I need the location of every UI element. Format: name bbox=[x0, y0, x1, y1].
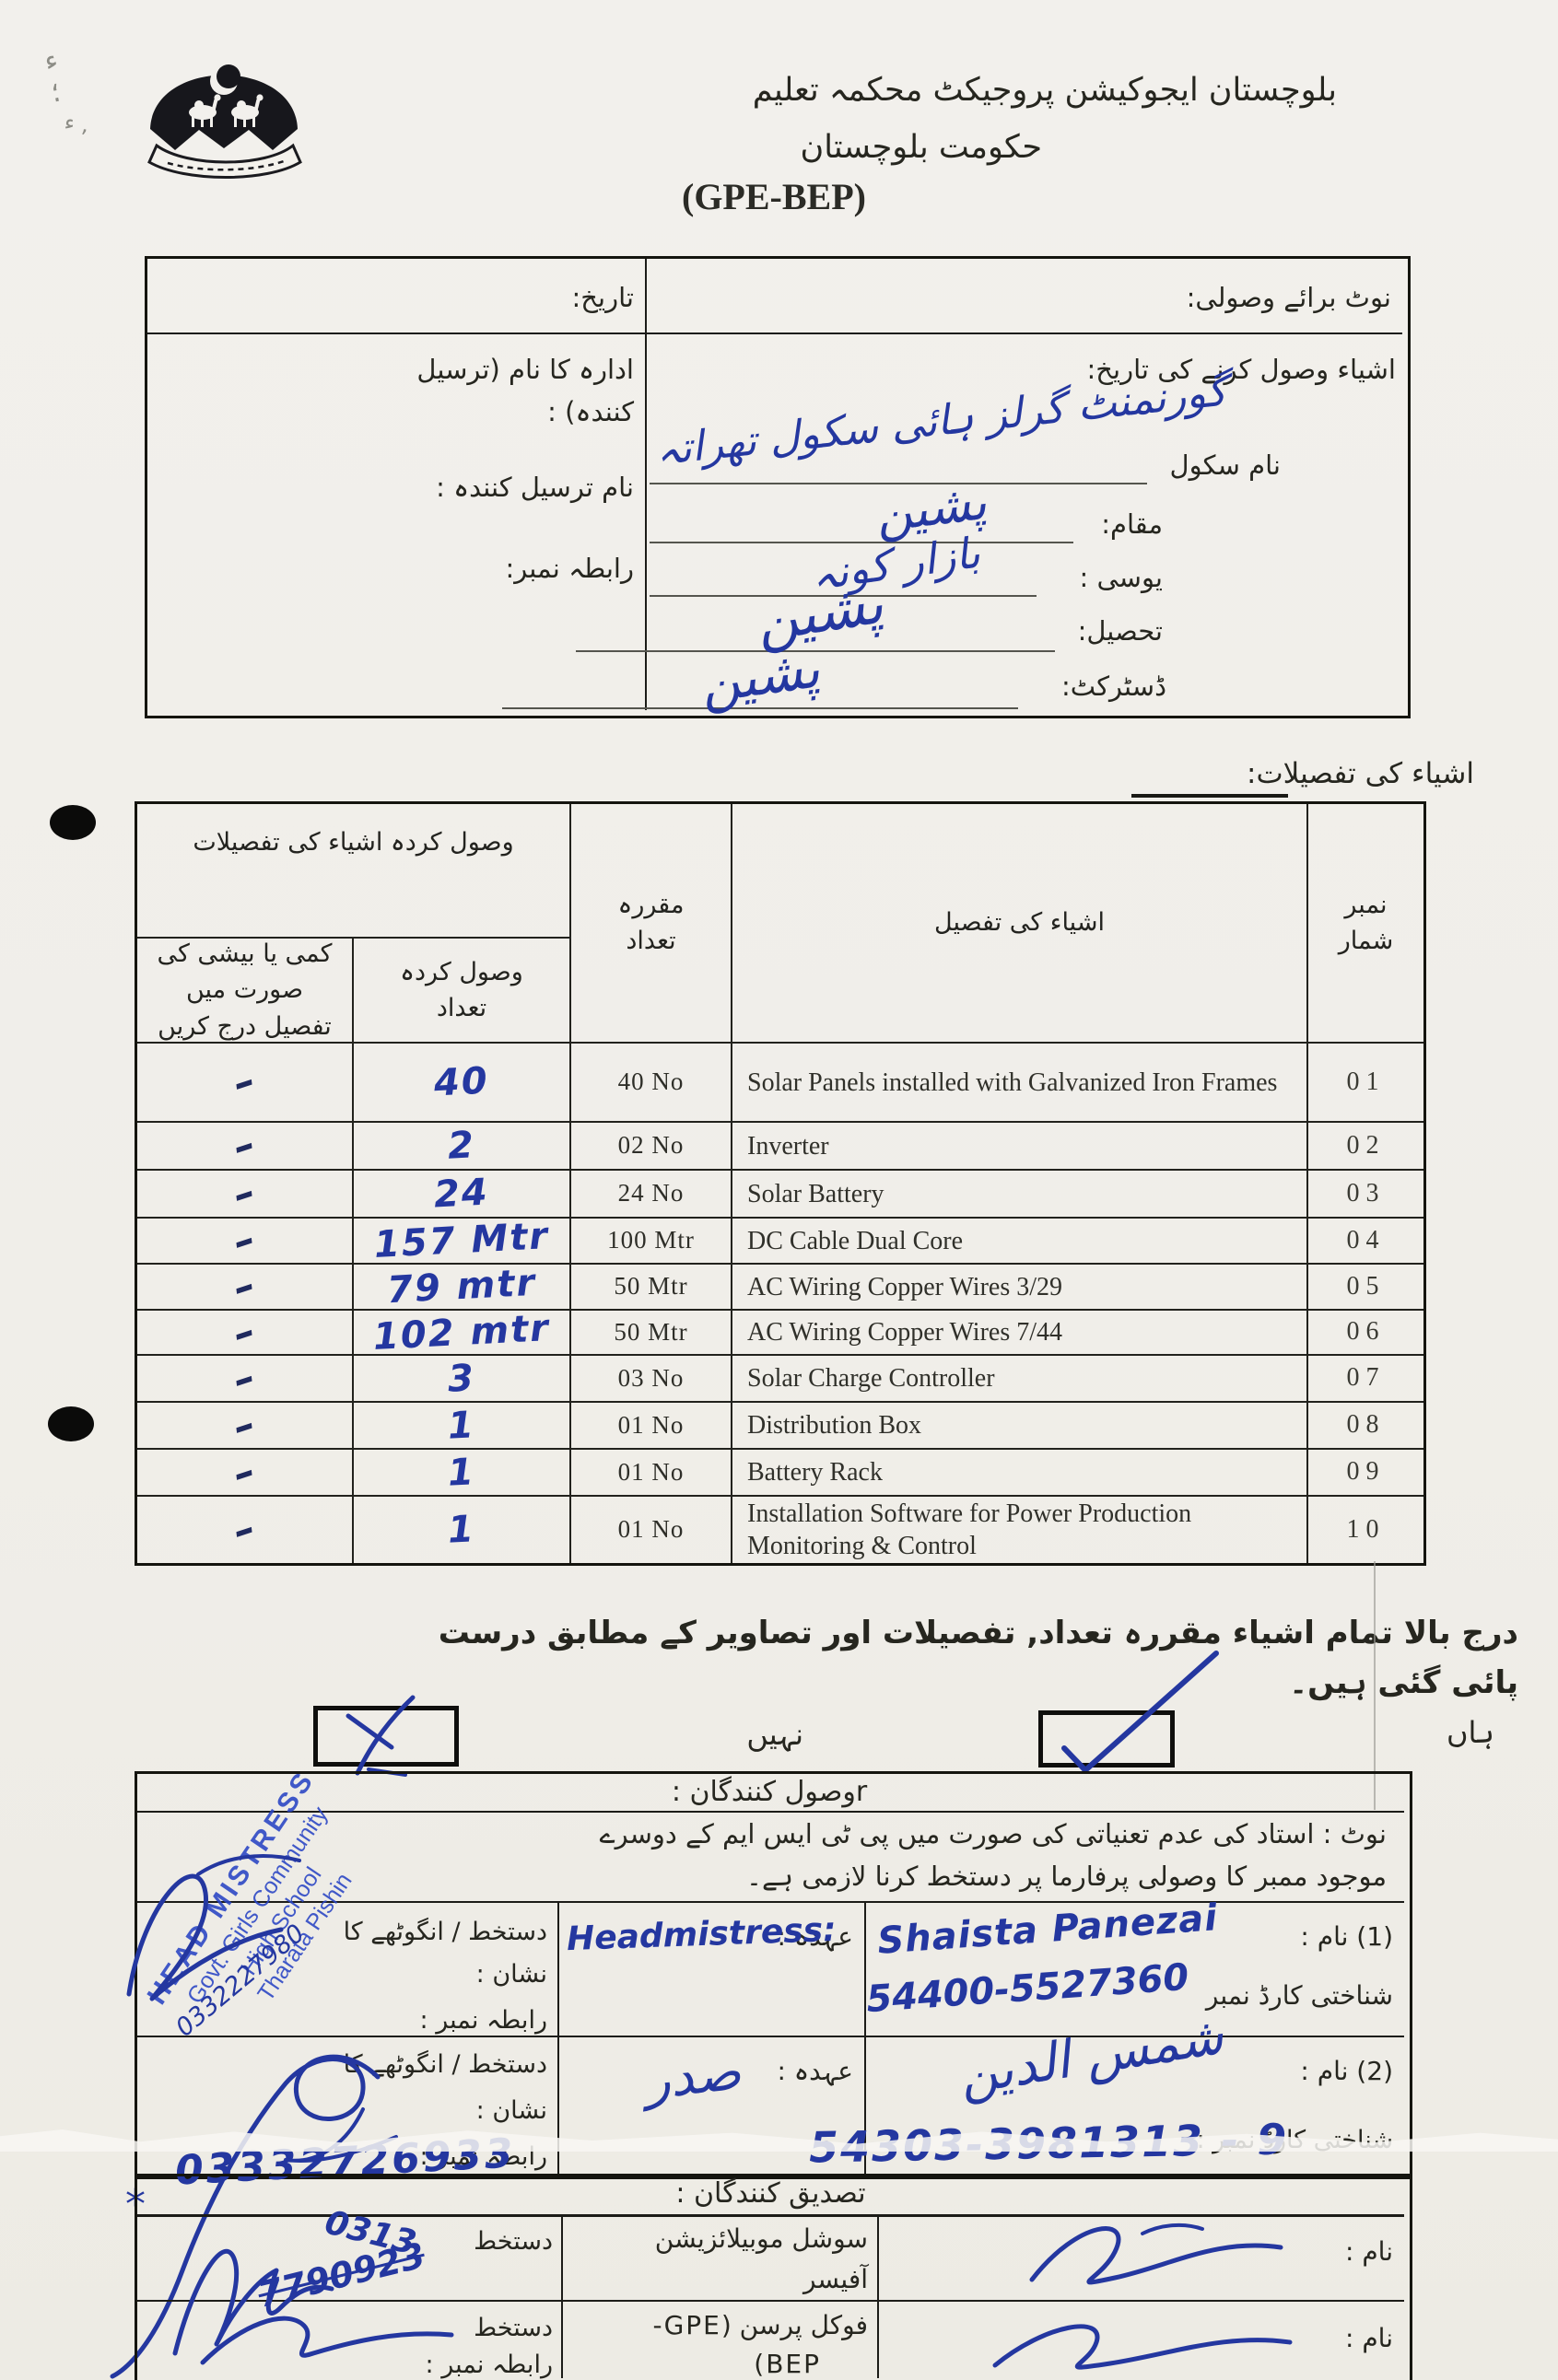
item-description-cell: Solar Panels installed with Galvanized I… bbox=[732, 1044, 1308, 1123]
receiver1-name-label: (1) نام : bbox=[1300, 1921, 1393, 1952]
receivers-note-line2: موجود ممبر کا وصولی پرفارما پر دستخط کرن… bbox=[746, 1861, 1387, 1892]
item-serial-cell: 09 bbox=[1308, 1450, 1423, 1497]
item-fixed-cell: 02 No bbox=[571, 1123, 732, 1171]
org-name-label-line1: ادارہ کا نام (ترسیل bbox=[416, 354, 634, 385]
item-received-cell: 157 Mtr bbox=[354, 1219, 571, 1265]
item-fixed-cell: 50 Mtr bbox=[571, 1265, 732, 1311]
verifier2-designation-line2: BEP) bbox=[754, 2349, 821, 2379]
receiver1-sign-label-line2: نشان : bbox=[476, 1960, 547, 1989]
item-received-cell: 1 bbox=[354, 1497, 571, 1563]
note-for-receipt-label: نوٹ برائے وصولی: bbox=[1187, 282, 1391, 313]
location-label: مقام: bbox=[1101, 508, 1163, 540]
verifier2-name-label: نام : bbox=[1345, 2323, 1393, 2353]
org-name-label-line2: کنندہ) : bbox=[547, 396, 634, 427]
item-description-cell: Inverter bbox=[732, 1123, 1308, 1171]
item-fixed-cell: 40 No bbox=[571, 1044, 732, 1123]
item-received-cell: 1 bbox=[354, 1403, 571, 1450]
school-name-label: نام سکول bbox=[1170, 449, 1281, 481]
item-description-cell: Solar Charge Controller bbox=[732, 1356, 1308, 1403]
col-header-serial: نمبر شمار bbox=[1308, 804, 1423, 1044]
statement-line1: درج بالا تمام اشیاء مقررہ تعداد, تفصیلات… bbox=[439, 1614, 1518, 1651]
item-description-cell: DC Cable Dual Core bbox=[732, 1219, 1308, 1265]
verifier1-name-signature bbox=[977, 2206, 1327, 2298]
item-received-cell: 2 bbox=[354, 1123, 571, 1171]
item-description-cell: AC Wiring Copper Wires 7/44 bbox=[732, 1311, 1308, 1356]
receiver2-name-label: (2) نام : bbox=[1300, 2056, 1393, 2086]
item-received-cell: 102 mtr bbox=[354, 1311, 571, 1356]
contact-number-label: رابطہ نمبر: bbox=[506, 553, 635, 584]
header-title-gpe-bep: (GPE-BEP) bbox=[682, 175, 866, 218]
remark-mark: – bbox=[225, 1441, 264, 1503]
received-handwritten: 1 bbox=[447, 1445, 477, 1499]
col-header-discrepancy: کمی یا بیشی کی صورت میں تفصیل درج کریں bbox=[137, 939, 354, 1044]
item-description-cell: Installation Software for Power Producti… bbox=[732, 1497, 1308, 1563]
sender-name-label: نام ترسیل کنندہ : bbox=[436, 472, 634, 503]
no-label: نہیں bbox=[746, 1717, 803, 1752]
verifier2-name-signature bbox=[958, 2301, 1308, 2380]
header-title-line2: حکومت بلوچستان bbox=[801, 129, 1042, 166]
items-section-heading: اشیاء کی تفصیلات: bbox=[1247, 757, 1474, 790]
item-serial-cell: 05 bbox=[1308, 1265, 1423, 1311]
uc-label: یوسی : bbox=[1079, 562, 1163, 593]
yes-label: ہاں bbox=[1447, 1715, 1494, 1750]
item-serial-cell: 03 bbox=[1308, 1171, 1423, 1219]
remark-mark: – bbox=[225, 1051, 264, 1114]
received-handwritten: 40 bbox=[433, 1054, 491, 1110]
receiver1-cnic-label: شناختی کارڈ نمبر bbox=[1206, 1980, 1393, 2011]
item-fixed-cell: 24 No bbox=[571, 1171, 732, 1219]
heading-underline bbox=[1131, 794, 1288, 798]
verifier2-designation-line1: فوکل پرسن (GPE- bbox=[652, 2310, 868, 2340]
verifier2-sign-label: دستخط bbox=[474, 2314, 553, 2342]
punch-hole bbox=[48, 1406, 94, 1441]
item-remark-cell: – bbox=[137, 1497, 354, 1563]
scan-artifact: ء؛ bbox=[41, 43, 67, 109]
receiver1-signature bbox=[88, 1819, 401, 2022]
item-serial-cell: 07 bbox=[1308, 1356, 1423, 1403]
punch-hole bbox=[50, 805, 96, 840]
item-fixed-cell: 01 No bbox=[571, 1403, 732, 1450]
item-serial-cell: 01 bbox=[1308, 1044, 1423, 1123]
item-description-cell: AC Wiring Copper Wires 3/29 bbox=[732, 1265, 1308, 1311]
verifier1-name-label: نام : bbox=[1345, 2236, 1393, 2267]
item-description-cell: Battery Rack bbox=[732, 1450, 1308, 1497]
item-serial-cell: 02 bbox=[1308, 1123, 1423, 1171]
receiver2-designation-handwritten: صدر bbox=[642, 2042, 744, 2112]
header-title-line1: بلوچستان ایجوکیشن پروجیکٹ محکمہ تعلیم bbox=[753, 72, 1337, 109]
col-header-description: اشیاء کی تفصیل bbox=[732, 804, 1308, 1044]
item-received-cell: 40 bbox=[354, 1044, 571, 1123]
scan-artifact: ء , bbox=[63, 109, 90, 137]
district-label: ڈسٹرکٹ: bbox=[1061, 671, 1166, 702]
item-description-cell: Solar Battery bbox=[732, 1171, 1308, 1219]
balochistan-emblem-logo bbox=[136, 28, 316, 189]
item-serial-cell: 08 bbox=[1308, 1403, 1423, 1450]
item-serial-cell: 04 bbox=[1308, 1219, 1423, 1265]
verifier1-designation-line1: سوشل موبیلائزیشن bbox=[655, 2223, 868, 2254]
item-remark-cell: – bbox=[137, 1044, 354, 1123]
statement-line2: پائی گئی ہیں۔ bbox=[1289, 1663, 1518, 1701]
item-fixed-cell: 01 No bbox=[571, 1450, 732, 1497]
verifier1-designation-line2: آفیسر bbox=[803, 2264, 868, 2294]
item-received-cell: 1 bbox=[354, 1450, 571, 1497]
col-header-fixed-qty: مقررہ تعداد bbox=[571, 804, 732, 1044]
item-received-cell: 3 bbox=[354, 1356, 571, 1403]
item-fixed-cell: 03 No bbox=[571, 1356, 732, 1403]
received-handwritten: 2 bbox=[447, 1118, 477, 1172]
item-description-cell: Distribution Box bbox=[732, 1403, 1308, 1450]
receiver2-designation-label: عہدہ : bbox=[777, 2056, 853, 2086]
col-header-received-group: وصول کردہ اشیاء کی تفصیلات bbox=[137, 804, 571, 939]
remark-mark: – bbox=[225, 1499, 264, 1561]
item-fixed-cell: 01 No bbox=[571, 1497, 732, 1563]
item-remark-cell: – bbox=[137, 1450, 354, 1497]
scanned-receipt-form: ء؛ ء , بلوچستان ایجوکیشن پروجیکٹ محکمہ ت… bbox=[0, 0, 1558, 2380]
col-header-received-qty: وصول کردہ تعداد bbox=[354, 939, 571, 1044]
item-fixed-cell: 50 Mtr bbox=[571, 1311, 732, 1356]
verifier2-signature bbox=[175, 2298, 470, 2380]
date-label: تاریخ: bbox=[572, 282, 634, 313]
verifier1-sign-label: دستخط bbox=[474, 2227, 553, 2256]
tehsil-label: تحصیل: bbox=[1078, 615, 1163, 647]
item-serial-cell: 06 bbox=[1308, 1311, 1423, 1356]
item-serial-cell: 10 bbox=[1308, 1497, 1423, 1563]
received-handwritten: 1 bbox=[447, 1502, 477, 1557]
receivers-note-line1: نوٹ : استاد کی عدم تعنیاتی کی صورت میں پ… bbox=[600, 1818, 1387, 1849]
item-fixed-cell: 100 Mtr bbox=[571, 1219, 732, 1265]
items-table: وصول کردہ اشیاء کی تفصیلات کمی یا بیشی ک… bbox=[135, 801, 1426, 1566]
